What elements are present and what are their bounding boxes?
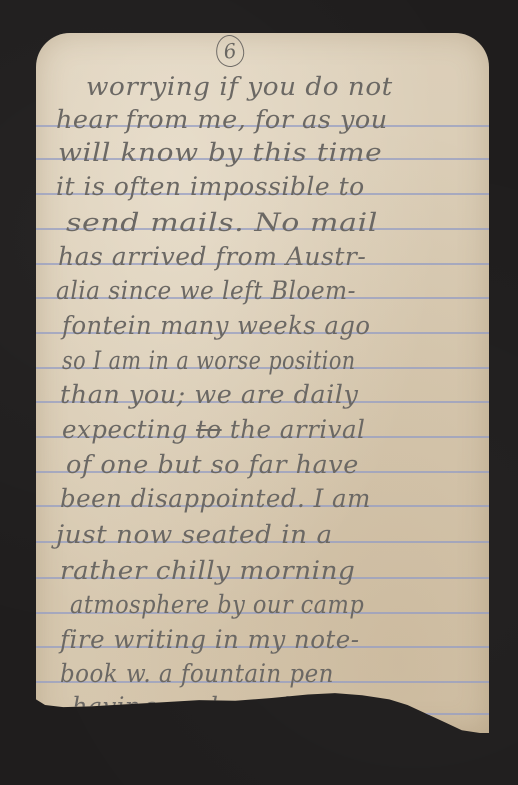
text-line: worrying if you do not	[86, 73, 393, 101]
text-line: than you; we are daily	[60, 381, 358, 409]
struck-word: to	[196, 415, 222, 444]
text-line: book w. a fountain pen	[60, 660, 334, 688]
text-line: send mails. No mail	[66, 209, 378, 237]
text-line: of one but so far have	[66, 451, 359, 479]
text-line: so I am in a worse position	[62, 347, 356, 375]
text-line: it is often impossible to	[56, 173, 365, 201]
letter-body: worrying if you do not hear from me, for…	[36, 33, 489, 733]
text-fragment: expecting	[62, 415, 196, 444]
text-line: fontein many weeks ago	[62, 312, 370, 340]
text-line: just now seated in a	[56, 521, 333, 549]
text-line: expecting to the arrival	[62, 416, 365, 444]
text-line: atmosphere by our camp	[70, 591, 364, 619]
text-line: alia since we left Bloem-	[56, 277, 356, 305]
letter-page: 6 worrying if you do not hear from me, f…	[36, 33, 489, 733]
text-line: will know by this time	[58, 139, 382, 167]
text-line: hear from me, for as you	[56, 106, 388, 134]
text-line: has arrived from Austr-	[58, 243, 366, 271]
text-line: fire writing in my note-	[60, 626, 360, 654]
text-fragment: the arrival	[222, 415, 366, 444]
text-line: rather chilly morning	[60, 557, 355, 585]
text-line: been disappointed. I am	[60, 485, 371, 513]
